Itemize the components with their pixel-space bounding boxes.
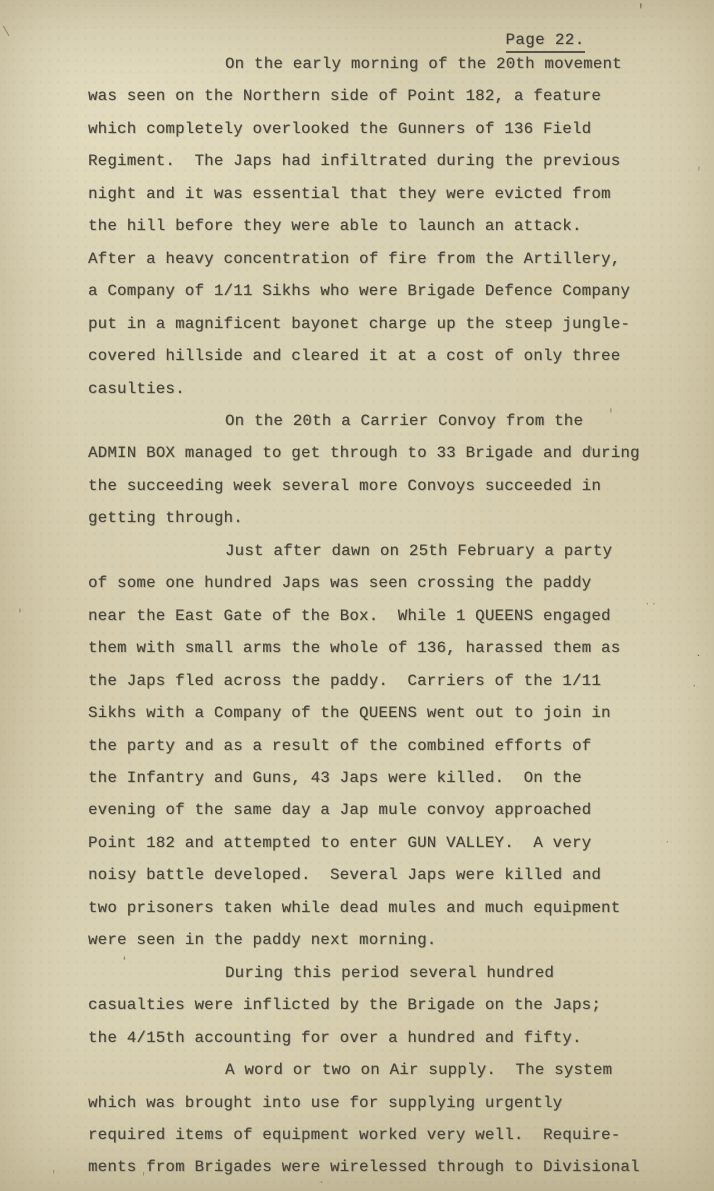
text-line: the hill before they were able to launch… bbox=[88, 210, 668, 242]
text-line: ADMIN BOX managed to get through to 33 B… bbox=[88, 437, 668, 469]
text-line: required items of equipment worked very … bbox=[88, 1119, 668, 1151]
text-line: the succeeding week several more Convoys… bbox=[88, 470, 668, 502]
stain-mark: ' bbox=[16, 608, 24, 621]
text-line: After a heavy concentration of fire from… bbox=[88, 243, 668, 275]
text-line: were seen in the paddy next morning. bbox=[88, 924, 668, 956]
text-line: a Company of 1/11 Sikhs who were Brigade… bbox=[88, 275, 668, 307]
text-line: them with small arms the whole of 136, h… bbox=[88, 632, 668, 664]
text-line: near the East Gate of the Box. While 1 Q… bbox=[88, 600, 668, 632]
document-page: Page 22. On the early morning of the 20t… bbox=[0, 0, 714, 1191]
paragraph: Just after dawn on 25th February a party… bbox=[88, 535, 668, 957]
stain-mark: ' bbox=[695, 166, 703, 179]
stain-mark: \ bbox=[2, 26, 10, 40]
stain-mark: · bbox=[691, 682, 698, 693]
document-body: On the early morning of the 20th movemen… bbox=[88, 48, 668, 1184]
text-line: ments from Brigades were wirelessed thro… bbox=[88, 1151, 668, 1183]
text-line: A word or two on Air supply. The system bbox=[88, 1054, 668, 1086]
text-line: casulties. bbox=[88, 373, 668, 405]
text-line: On the 20th a Carrier Convoy from the bbox=[88, 405, 668, 437]
text-line: Just after dawn on 25th February a party bbox=[88, 535, 668, 567]
text-line: which was brought into use for supplying… bbox=[88, 1087, 668, 1119]
stain-mark: ' bbox=[636, 3, 646, 19]
text-line: casualties were inflicted by the Brigade… bbox=[88, 989, 668, 1021]
text-line: noisy battle developed. Several Japs wer… bbox=[88, 859, 668, 891]
text-line: night and it was essential that they wer… bbox=[88, 178, 668, 210]
paragraph: On the early morning of the 20th movemen… bbox=[88, 48, 668, 405]
text-line: Sikhs with a Company of the QUEENS went … bbox=[88, 697, 668, 729]
text-line: the party and as a result of the combine… bbox=[88, 730, 668, 762]
text-line: Regiment. The Japs had infiltrated durin… bbox=[88, 145, 668, 177]
stain-mark: ' bbox=[50, 1170, 57, 1182]
text-line: of some one hundred Japs was seen crossi… bbox=[88, 567, 668, 599]
text-line: On the early morning of the 20th movemen… bbox=[88, 48, 668, 80]
text-line: which completely overlooked the Gunners … bbox=[88, 113, 668, 145]
text-line: getting through. bbox=[88, 502, 668, 534]
text-line: evening of the same day a Jap mule convo… bbox=[88, 794, 668, 826]
text-line: two prisoners taken while dead mules and… bbox=[88, 892, 668, 924]
text-line: was seen on the Northern side of Point 1… bbox=[88, 80, 668, 112]
stain-mark: ▪ bbox=[697, 654, 700, 659]
text-line: During this period several hundred bbox=[88, 957, 668, 989]
text-line: the 4/15th accounting for over a hundred… bbox=[88, 1022, 668, 1054]
text-line: Point 182 and attempted to enter GUN VAL… bbox=[88, 827, 668, 859]
paragraph: During this period several hundredcasual… bbox=[88, 957, 668, 1054]
text-line: the Infantry and Guns, 43 Japs were kill… bbox=[88, 762, 668, 794]
text-line: covered hillside and cleared it at a cos… bbox=[88, 340, 668, 372]
text-line: put in a magnificent bayonet charge up t… bbox=[88, 308, 668, 340]
paragraph: On the 20th a Carrier Convoy from theADM… bbox=[88, 405, 668, 535]
paragraph: A word or two on Air supply. The systemw… bbox=[88, 1054, 668, 1184]
text-line: the Japs fled across the paddy. Carriers… bbox=[88, 665, 668, 697]
